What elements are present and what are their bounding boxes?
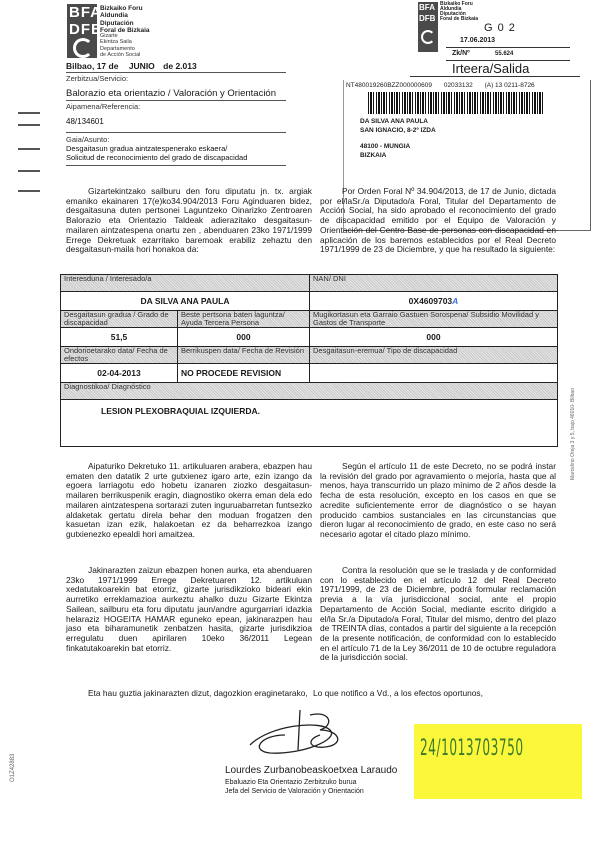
intro-basque: Gizartekintzako sailburu den foru diputa… [66, 187, 312, 255]
dni-handwritten: A [452, 296, 458, 306]
service-value: Balorazio eta orientazio / Valoración y … [66, 88, 276, 99]
resolution-table: Interesduna / Interesado/a NAN/ DNI DA S… [60, 274, 558, 447]
appeal-spanish: Contra la resolución que se le traslada … [320, 566, 556, 663]
reference-value: 48/134601 [66, 117, 104, 126]
dept-3: Departamento [100, 46, 140, 52]
interested-value: DA SILVA ANA PAULA [61, 292, 310, 311]
signatory-title-basque: Ebaluazio Eta Orientazio Zerbitzuko buru… [225, 779, 357, 786]
dni-cell: 0X4609703A [310, 292, 558, 311]
effects-date-label: Ondorioetarako data/ Fecha de efectos [61, 347, 178, 364]
logo-text-bfa: BFA [67, 4, 97, 21]
reference-label: Aipamena/Referencia: [66, 103, 140, 112]
stamp-direction: Irteera/Salida [452, 61, 529, 76]
dept-4: de Acción Social [100, 52, 140, 58]
oak-leaf-icon [421, 30, 435, 44]
signatory-title-spanish: Jefa del Servicio de Valoración y Orient… [225, 788, 364, 795]
org-es-1: Diputación [100, 20, 150, 27]
stamp-org: Bizkaiko Foru Aldundia Diputación Foral … [440, 2, 478, 22]
tracking-number: NT480019260BZZ000000609 [346, 82, 432, 89]
closing-spanish: Lo que notifico a Vd., a los efectos opo… [313, 689, 553, 699]
tracking-line: NT480019260BZZ000000609 02033132 (A) 13 … [346, 82, 535, 89]
stamp-date: 17.06.2013 [460, 37, 495, 44]
third-person-label: Beste pertsona baten laguntza/ Ayuda Ter… [178, 311, 310, 328]
revision-value: NO PROCEDE REVISION [178, 364, 310, 383]
effects-date-value: 02-04-2013 [61, 364, 178, 383]
sticky-note: 24/1013703750 [414, 724, 582, 799]
logo-text-dfb: DFB [67, 21, 97, 38]
tracking-code2: (A) 13 0211-8726 [485, 82, 535, 89]
interested-label: Interesduna / Interesado/a [61, 275, 310, 292]
recipient-street: SAN IGNACIO, 8-2º IZDA [360, 127, 436, 136]
article11-spanish: Según el artículo 11 de este Decreto, no… [320, 462, 556, 540]
dni-value: 0X4609703 [409, 296, 453, 306]
mobility-value: 000 [310, 328, 558, 347]
closing-basque: Eta hau guztia jakinarazten dizut, dagoz… [66, 689, 312, 699]
margin-code: O1Z42883 [10, 754, 16, 782]
document-date: Bilbao, 17 de JUNIO de 2.013 [66, 61, 197, 71]
dni-label: NAN/ DNI [310, 275, 558, 292]
stamp-number: 55.624 [495, 51, 513, 57]
type-value [310, 364, 558, 383]
margin-address: Marcelino Oreja 3 y 5, bajo 48010- Bilba… [570, 388, 576, 480]
third-person-value: 000 [178, 328, 310, 347]
tracking-code1: 02033132 [444, 82, 473, 89]
diagnosis-value: LESION PLEXOBRAQUIAL IZQUIERDA. [61, 400, 558, 447]
stamp-number-label: Zk/Nº [452, 50, 470, 57]
signatory-name: Lourdes Zurbanobeaskoetxea Laraudo [225, 765, 397, 776]
article11-basque: Aipaturiko Dekretuko 11. artikuluaren ar… [66, 462, 312, 540]
oak-leaf-icon [73, 38, 93, 58]
degree-label: Desgaitasun gradua / Grado de discapacid… [61, 311, 178, 328]
signature-scribble-icon [240, 705, 360, 760]
sticky-handwritten-number: 24/1013703750 [420, 736, 524, 761]
stamp-logo: BFA DFB [418, 2, 438, 52]
mobility-label: Mugikortasun eta Garraio Gastuen Sorospe… [310, 311, 558, 328]
bfa-logo: BFA DFB [67, 4, 97, 58]
revision-label: Berrikuspen data/ Fecha de Revisión [178, 347, 310, 364]
recipient-city: 48100 - MUNGIA [360, 143, 436, 152]
diagnosis-label: Diagnostikoa/ Diagnóstico [61, 383, 558, 400]
recipient-province: BIZKAIA [360, 152, 436, 161]
recipient-address: DA SILVA ANA PAULA SAN IGNACIO, 8-2º IZD… [360, 118, 436, 160]
service-label: Zerbitzua/Servicio: [66, 75, 128, 84]
type-label: Desgaitasun-eremua/ Tipo de discapacidad [310, 347, 558, 364]
barcode [368, 92, 544, 114]
org-eu-2: Aldundia [100, 12, 150, 19]
subject-value-es: Solicitud de reconocimiento del grado de… [66, 154, 247, 163]
recipient-name: DA SILVA ANA PAULA [360, 118, 436, 127]
degree-value: 51,5 [61, 328, 178, 347]
appeal-basque: Jakinarazten zaizun ebazpen honen aurka,… [66, 566, 312, 653]
stamp-code: G 0 2 [484, 22, 516, 34]
intro-spanish: Por Orden Foral Nº 34.904/2013, de 17 de… [320, 187, 556, 255]
org-eu-1: Bizkaiko Foru [100, 5, 150, 12]
department: Gizarte Ekintza Saila Departamento de Ac… [100, 33, 140, 58]
org-name: Bizkaiko Foru Aldundia Diputación Foral … [100, 5, 150, 34]
